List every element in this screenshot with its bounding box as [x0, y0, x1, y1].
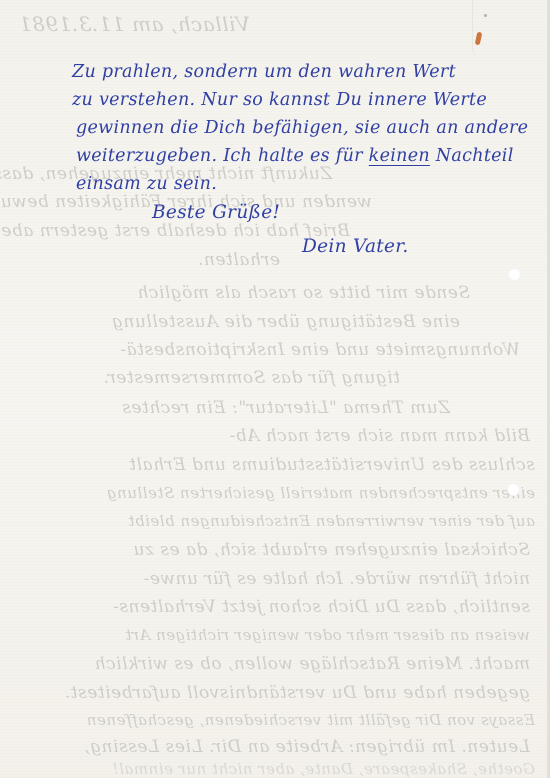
punch-hole-top [508, 268, 521, 281]
letter-line-4-prefix: weiterzugeben. Ich halte es für [76, 146, 369, 166]
letter-line-1: Zu prahlen, sondern um den wahren Wert [72, 62, 456, 82]
letter-line-2: zu verstehen. Nur so kannst Du innere We… [72, 90, 487, 110]
closing-greeting: Beste Grüße! [152, 202, 280, 223]
signature: Dein Vater. [302, 236, 409, 257]
letter-line-5: einsam zu sein. [76, 174, 217, 194]
letter-page: Villach, am 11.3.1981 Zukunft nicht mehr… [0, 0, 550, 778]
underlined-word: keinen [369, 146, 430, 166]
letter-line-4-suffix: Nachteil [430, 146, 514, 166]
punch-hole-bottom [507, 483, 520, 496]
letter-line-3: gewinnen die Dich befähigen, sie auch an… [76, 118, 528, 138]
handwritten-letter: Zu prahlen, sondern um den wahren Wert z… [0, 0, 550, 778]
letter-line-4: weiterzugeben. Ich halte es für keinen N… [76, 146, 514, 166]
